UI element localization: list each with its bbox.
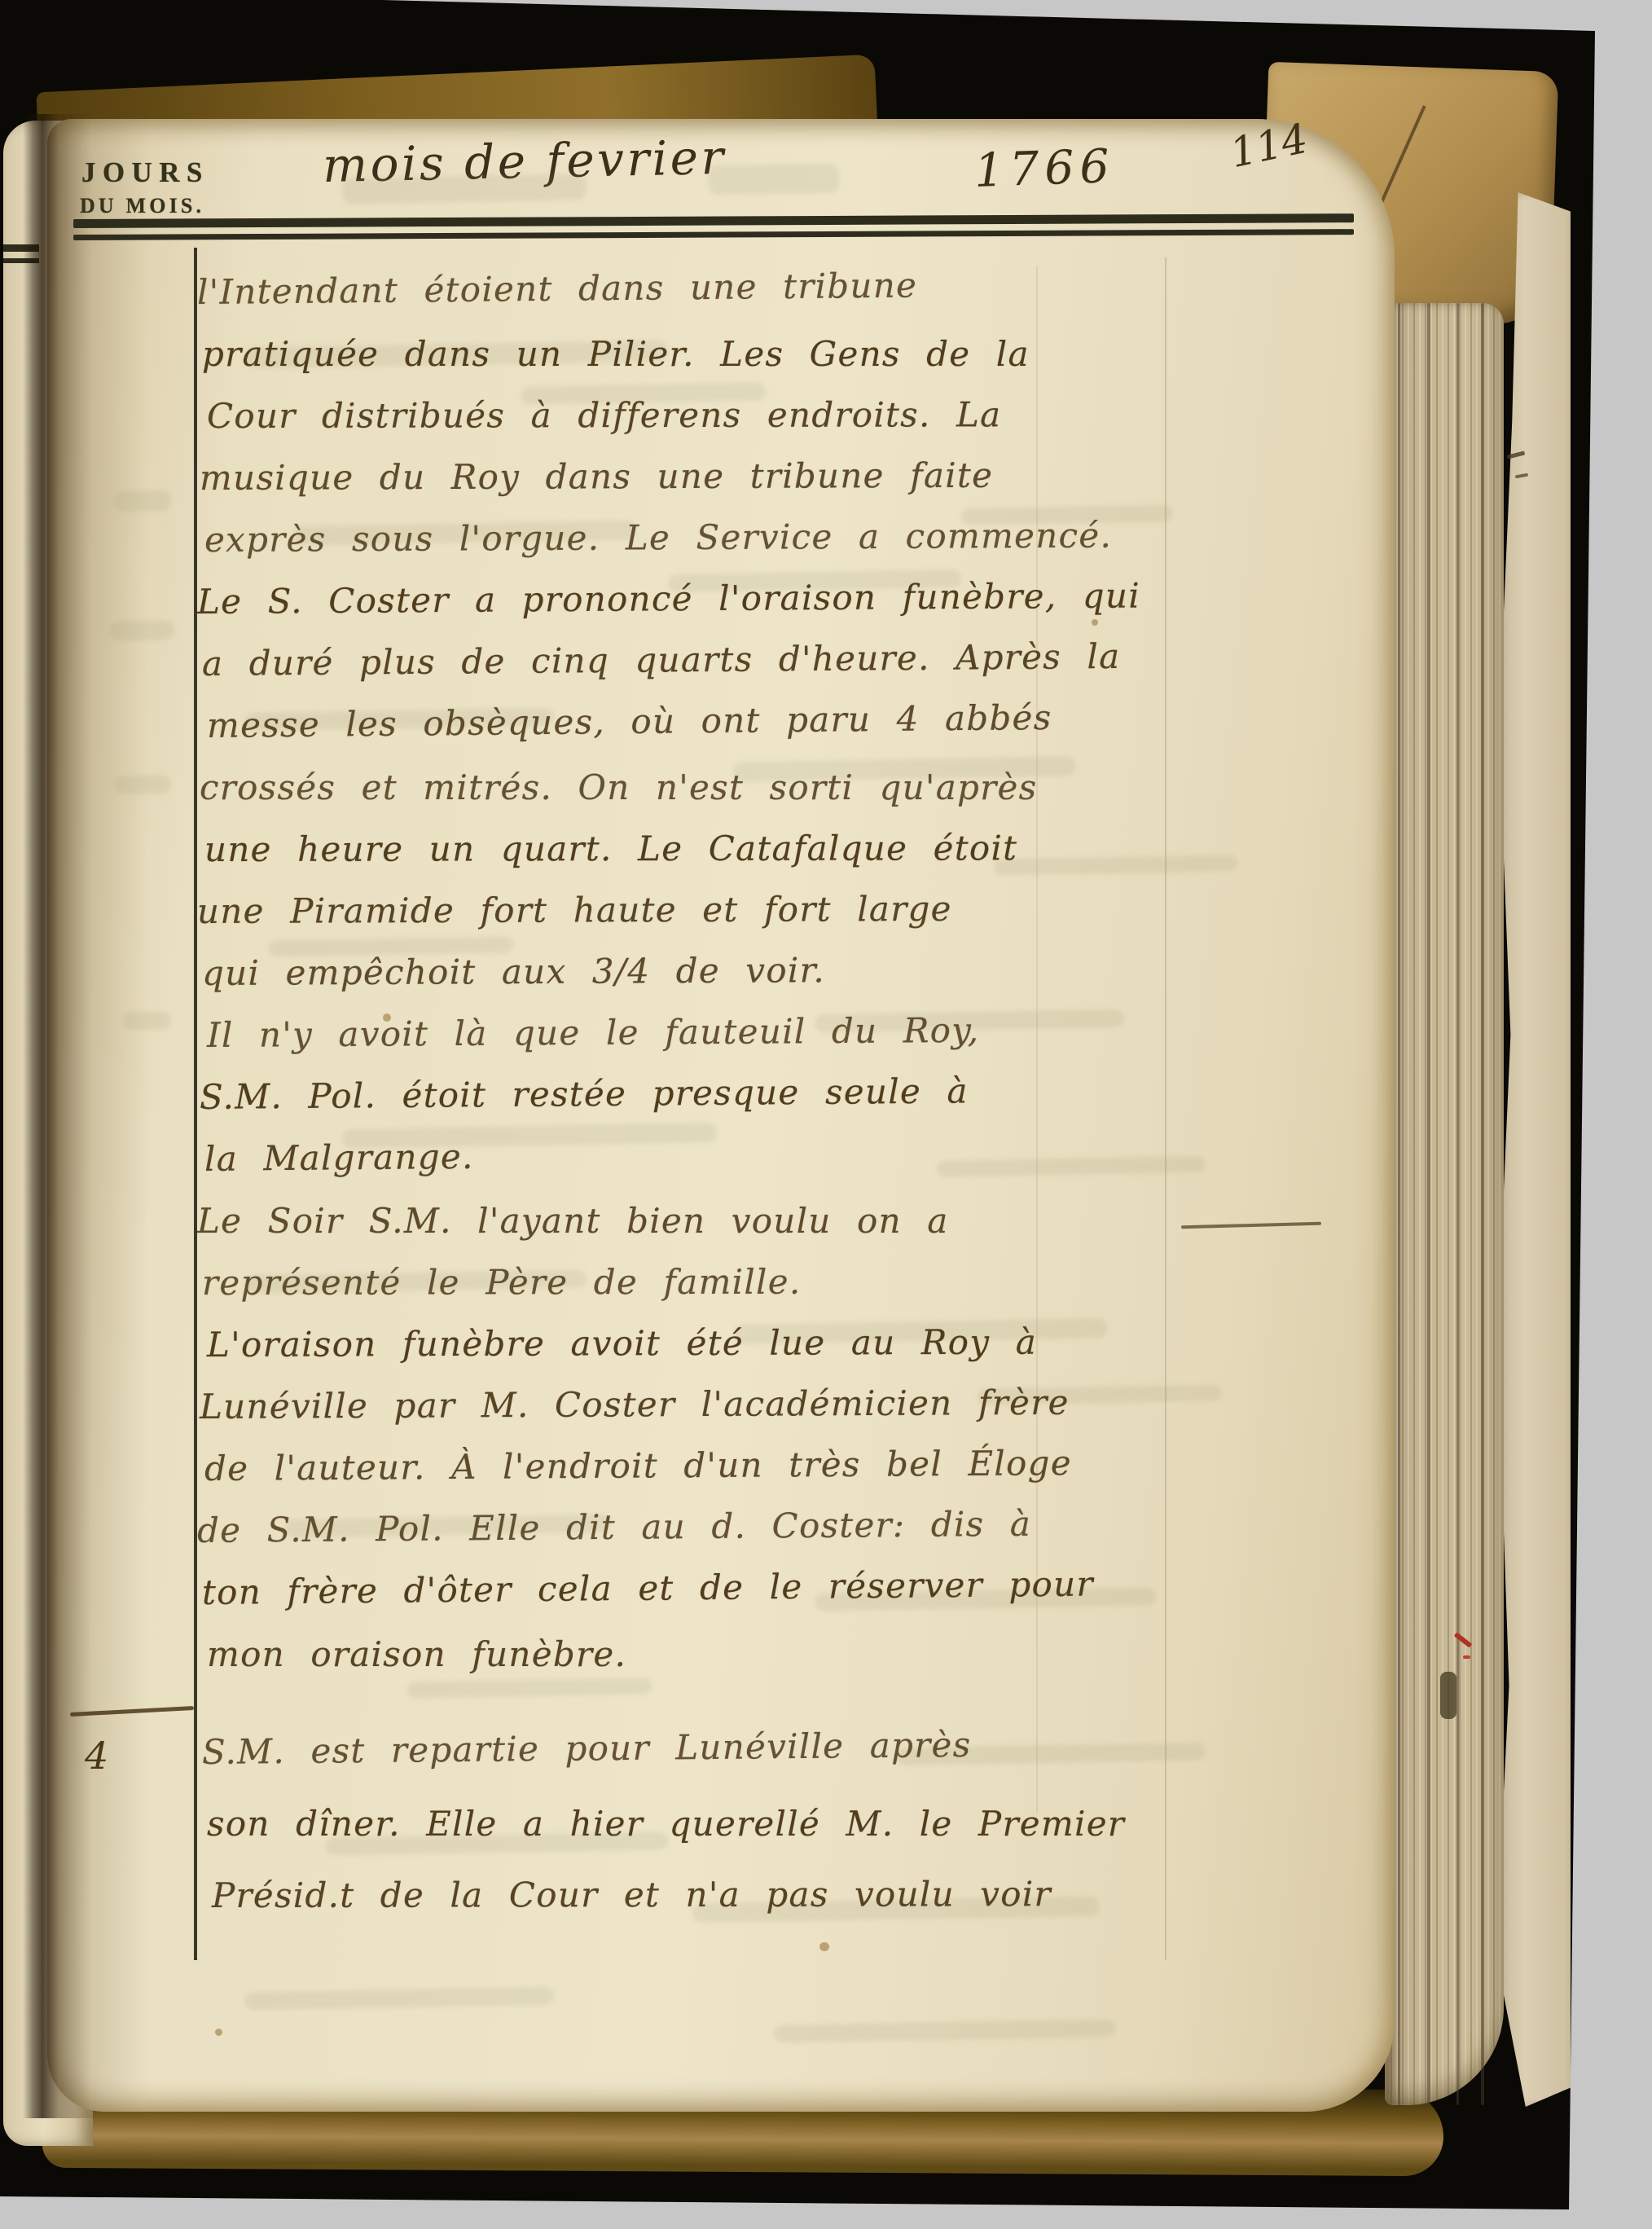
bleed-through-smudge [342,174,587,204]
bleed-through-smudge [709,164,840,196]
red-ink-speck [1463,1655,1470,1659]
manuscript-line: L'oraison funèbre avoit été lue au Roy à [207,1322,1037,1365]
manuscript-line: ton frère d'ôter cela et de le réserver … [202,1563,1094,1612]
entry-separator-dash [70,1706,194,1717]
scanned-manuscript-page: ſ.ecrew JOURS DU MOIS. mois de fevrier 1… [0,0,1652,2229]
pen-flourish [1181,1222,1321,1229]
header-rule-upper [73,213,1354,228]
manuscript-line: crossés et mitrés. On n'est sorti qu'apr… [200,767,1037,807]
bleed-through-smudge [774,2019,1116,2042]
manuscript-line: Le Soir S.M. l'ayant bien voulu on a [197,1201,949,1241]
page-stack-line [1481,303,1484,2105]
manuscript-line: l'Intendant étoient dans une tribune [197,266,918,312]
fore-edge-smudge [1440,1672,1456,1719]
handwritten-year: 1766 [973,139,1116,198]
manuscript-line: exprès sous l'orgue. Le Service a commen… [204,516,1112,560]
page-number: 114 [1226,115,1311,178]
facing-header-rule [3,244,39,252]
manuscript-line: Présid.t de la Cour et n'a pas voulu voi… [212,1874,1052,1915]
manuscript-line: pratiquée dans un Pilier. Les Gens de la [202,334,1030,374]
bleed-through-smudge [114,490,171,512]
printed-column-label-line1: JOURS [81,156,209,189]
page-content: JOURS DU MOIS. mois de fevrier 1766 114 … [47,119,1395,2112]
manuscript-line: mon oraison funèbre. [207,1634,626,1674]
fore-edge-page-stack [1385,303,1504,2105]
page-stack-line [1398,303,1400,2105]
foxing-spot [215,2029,222,2036]
facing-header-rule [3,258,39,263]
manuscript-line: Il n'y avoit là que le fauteuil du Roy, [207,1010,980,1055]
manuscript-line: messe les obsèques, où ont paru 4 abbés [207,697,1052,745]
bleed-through-smudge [109,620,174,640]
bleed-through-smudge [114,775,171,794]
manuscript-line: de S.M. Pol. Elle dit au d. Coster: dis … [197,1504,1031,1550]
bleed-through-smudge [244,1987,554,2011]
bleed-through-smudge [407,1677,652,1698]
margin-day-number: 4 [85,1734,108,1778]
foxing-spot [819,1942,829,1951]
manuscript-line: musique du Roy dans une tribune faite [200,455,993,498]
foxing-spot [383,1013,391,1022]
manuscript-line: une Piramide fort haute et fort large [197,889,952,931]
bleed-through-smudge [122,1011,171,1030]
manuscript-line: son dîner. Elle a hier querellé M. le Pr… [207,1804,1125,1844]
margin-rule [194,248,197,1960]
foxing-spot [1092,619,1098,626]
manuscript-line: la Malgrange. [204,1136,474,1179]
header-rule-lower [73,229,1354,240]
manuscript-line: S.M. Pol. étoit restée presque seule à [200,1071,969,1117]
manuscript-line: de l'auteur. À l'endroit d'un très bel É… [204,1443,1072,1488]
bleed-through-smudge [994,855,1238,875]
manuscript-line: S.M. est repartie pour Lunéville après [202,1725,972,1772]
manuscript-line: qui empêchoit aux 3/4 de voir. [202,950,825,993]
manuscript-line: représenté le Père de famille. [202,1262,802,1303]
printed-column-label-line2: DU MOIS. [80,194,204,218]
manuscript-line: a duré plus de cinq quarts d'heure. Aprè… [202,636,1121,684]
page-stack-line [1427,303,1430,2105]
manuscript-line: Le S. Coster a prononcé l'oraison funèbr… [197,576,1140,622]
page-stack-line [1456,303,1459,2105]
manuscript-line: Lunéville par M. Coster l'académicien fr… [200,1383,1070,1427]
manuscript-line: une heure un quart. Le Catafalque étoit [204,828,1017,869]
manuscript-line: Cour distribués à differens endroits. La [207,394,1002,436]
